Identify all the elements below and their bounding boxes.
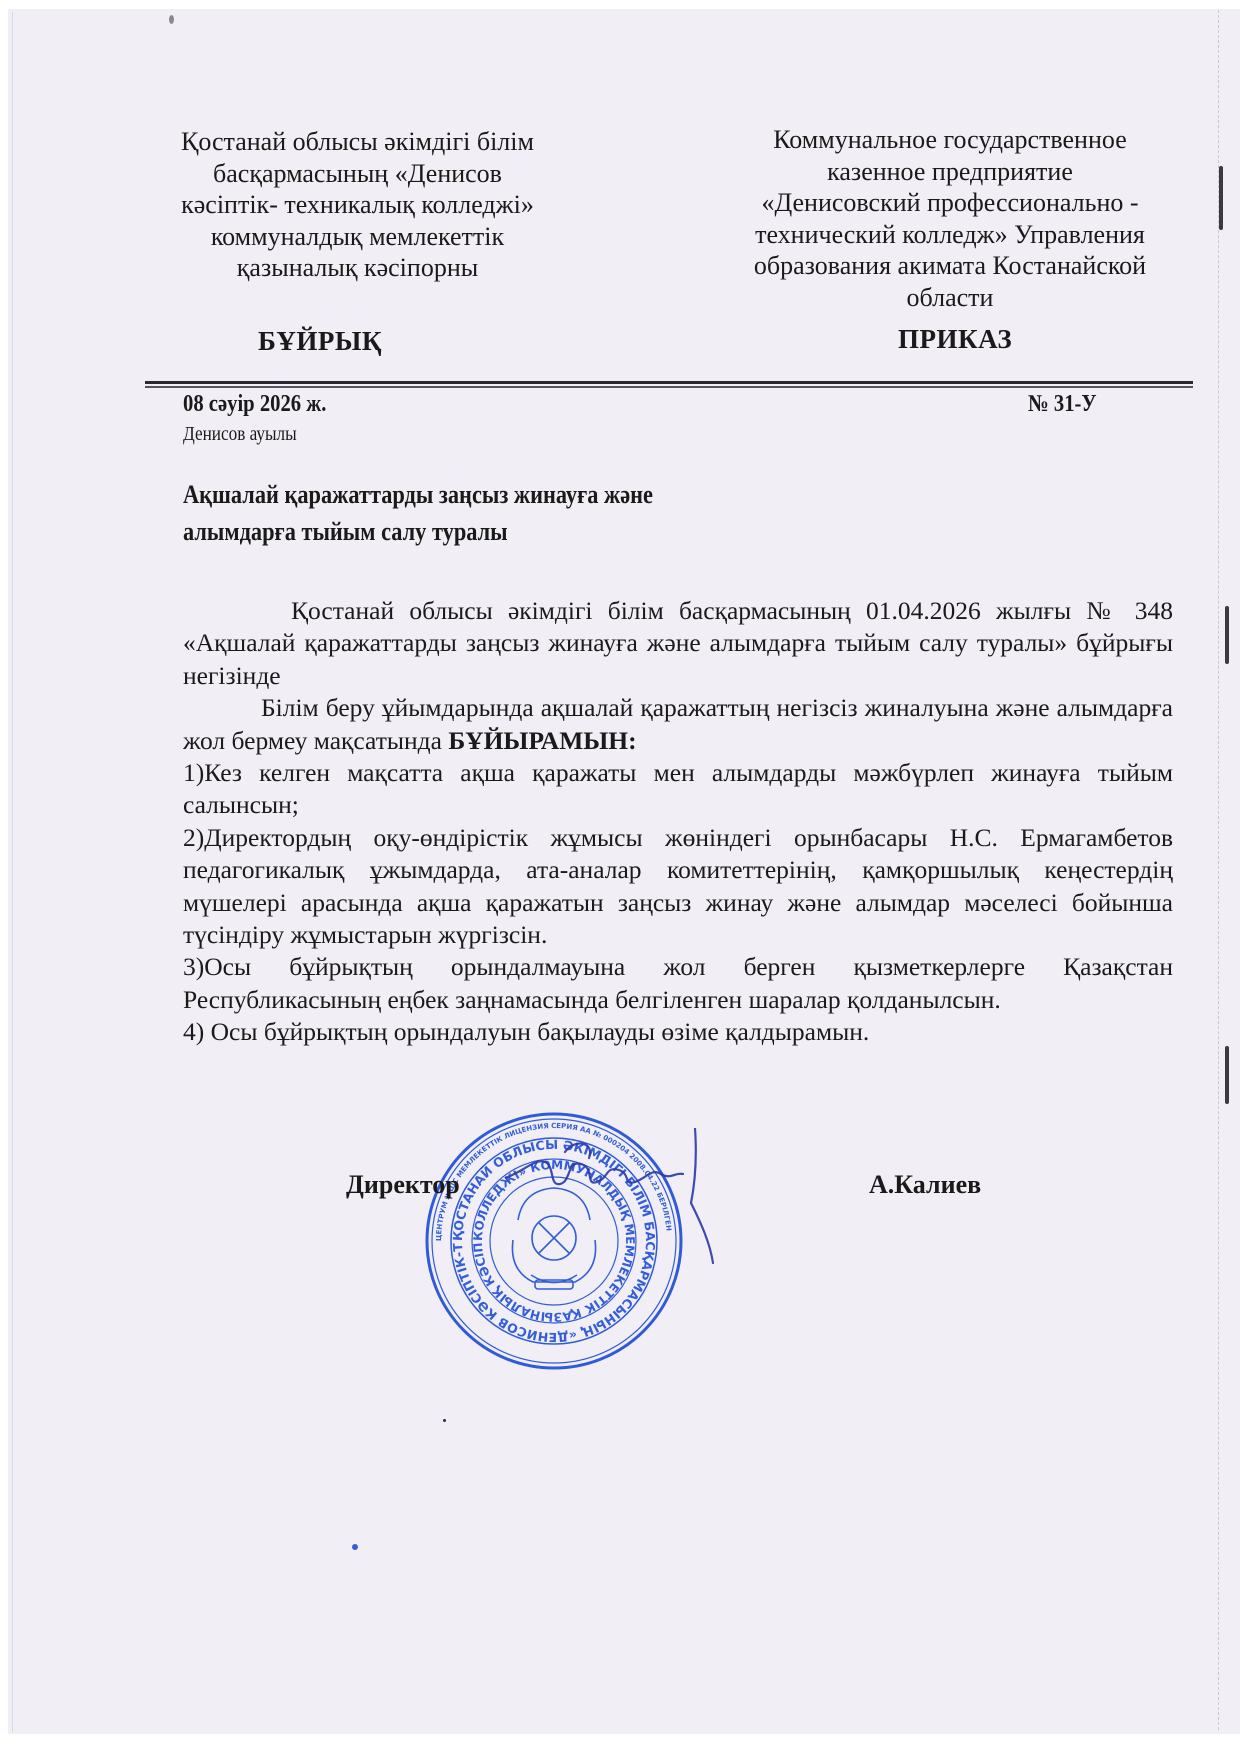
purpose-text: Білім беру ұйымдарында ақшалай қаражатты…	[183, 693, 1173, 754]
subject-line: алымдарға тыйым салу туралы	[183, 513, 653, 550]
order-number: № 31-У	[1028, 391, 1097, 418]
header-separator-rule	[145, 381, 1193, 388]
margin-mark	[1225, 606, 1229, 664]
preamble: Қостанай облысы әкімдігі білім басқармас…	[183, 595, 1173, 692]
org-name-russian: Коммунальное государственное казенное пр…	[705, 124, 1195, 313]
org-line: коммуналдық мемлекеттік	[145, 221, 570, 253]
margin-mark	[1225, 1046, 1229, 1104]
org-line: технический колледж» Управления	[705, 219, 1195, 251]
org-line: басқармасының «Денисов	[145, 158, 570, 190]
order-word: БҰЙЫРАМЫН:	[448, 726, 636, 755]
order-subject: Ақшалай қаражаттарды заңсыз жинауға және…	[183, 476, 653, 550]
order-item-1: 1)Кез келген мақсатта ақша қаражаты мен …	[183, 757, 1173, 822]
org-line: қазыналық кәсіпорны	[145, 252, 570, 284]
margin-mark	[1219, 166, 1223, 230]
signatory-role: Директор	[346, 1170, 460, 1200]
org-line: кәсіптік- техникалық колледжі»	[145, 189, 570, 221]
signature-icon	[505, 1128, 715, 1268]
order-date: 08 сәуір 2026 ж.	[183, 391, 326, 418]
org-line: области	[705, 282, 1195, 314]
scan-speck	[443, 1419, 446, 1422]
order-item-2: 2)Директордың оқу-өндірістік жұмысы жөні…	[183, 822, 1173, 952]
ink-speck	[352, 1544, 358, 1550]
scan-speck	[169, 15, 174, 24]
subject-line: Ақшалай қаражаттарды заңсыз жинауға және	[183, 476, 653, 513]
order-item-3: 3)Осы бұйрықтың орындалмауына жол берген…	[183, 951, 1173, 1016]
org-line: образования акимата Костанайской	[705, 250, 1195, 282]
doc-type-kazakh: БҰЙРЫҚ	[258, 326, 382, 357]
order-place: Денисов ауылы	[183, 423, 297, 446]
scan-edge	[1218, 10, 1220, 1730]
scan-edge	[12, 12, 13, 1732]
order-item-4: 4) Осы бұйрықтың орындалуын бақылауды өз…	[183, 1016, 1173, 1048]
org-line: казенное предприятие	[705, 156, 1195, 188]
org-name-kazakh: Қостанай облысы әкімдігі білім басқармас…	[145, 126, 570, 284]
org-line: Қостанай облысы әкімдігі білім	[145, 126, 570, 158]
signatory-name: А.Калиев	[869, 1170, 981, 1200]
doc-type-russian: ПРИКАЗ	[898, 324, 1012, 355]
org-line: Коммунальное государственное	[705, 124, 1195, 156]
org-line: «Денисовский профессионально -	[705, 187, 1195, 219]
order-body: Қостанай облысы әкімдігі білім басқармас…	[183, 595, 1173, 1049]
purpose-paragraph: Білім беру ұйымдарында ақшалай қаражатты…	[183, 692, 1173, 757]
